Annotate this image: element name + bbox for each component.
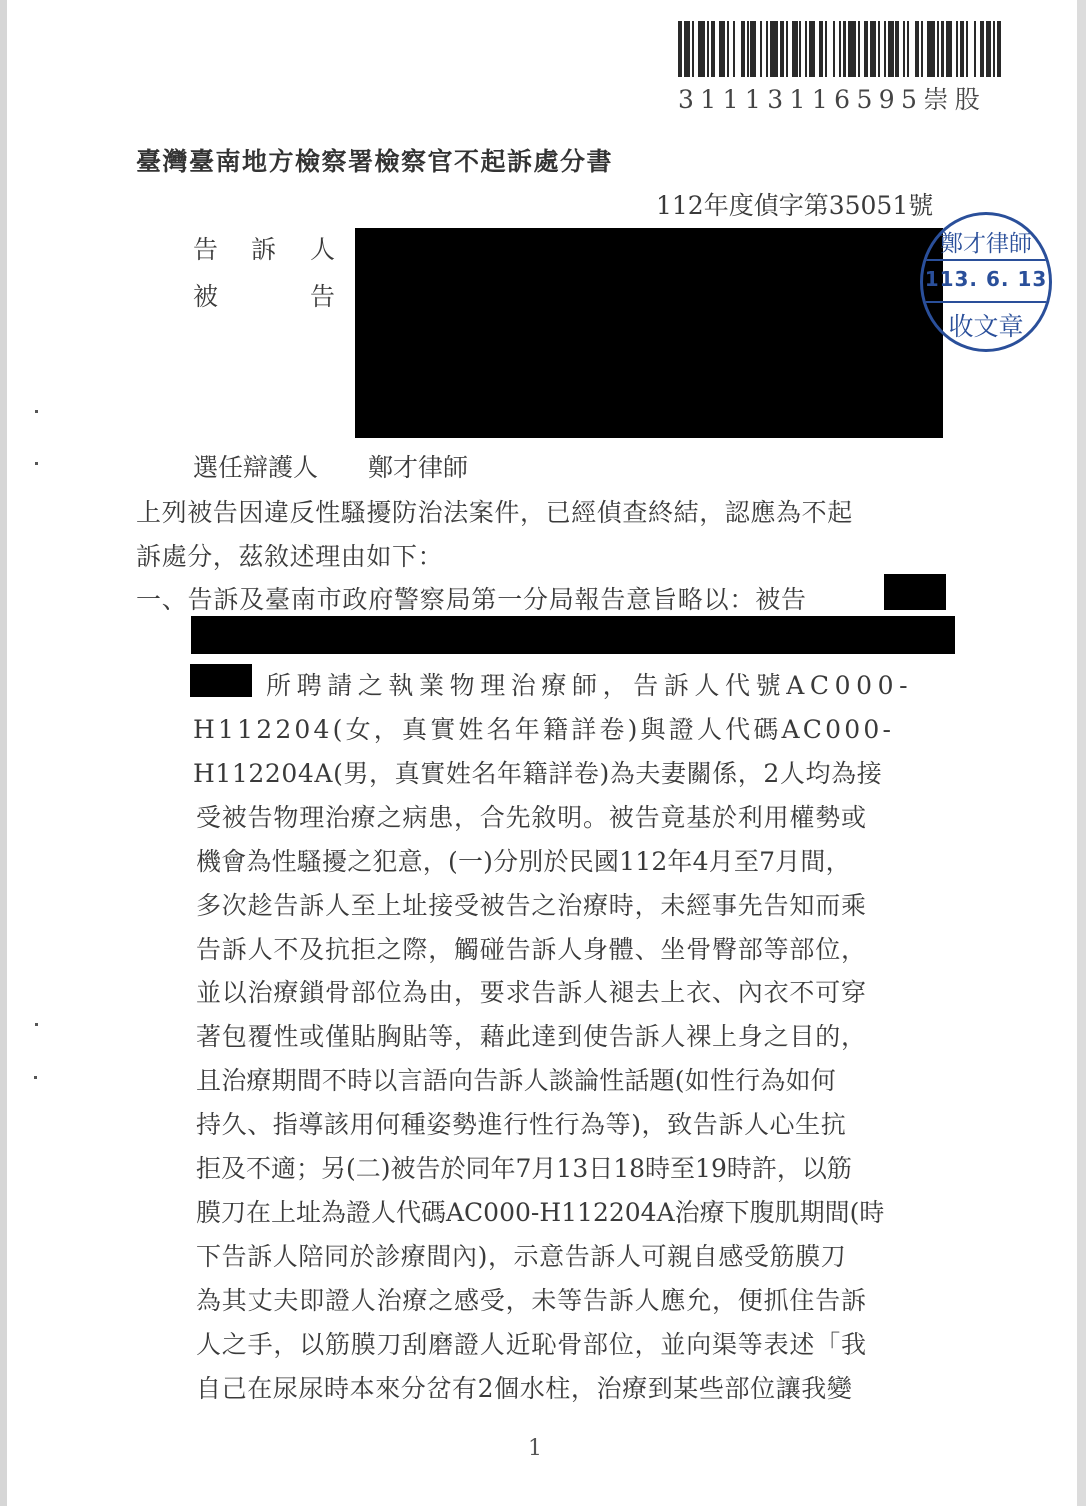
body-line: 自己在尿尿時本來分岔有2個水柱，治療到某些部位讓我變 [196,1369,853,1405]
body-line: H112204A(男，真實姓名年籍詳卷)為夫妻關係，2人均為接 [193,754,882,790]
redaction-address-line [191,616,955,654]
body-line: 且治療期間不時以言語向告訴人談論性話題(如性行為如何 [196,1061,836,1097]
barcode-bar [848,21,856,77]
body-line: 膜刀在上址為證人代碼AC000-H112204A治療下腹肌期間(時 [196,1193,884,1229]
section-one-heading: 一、告訴及臺南市政府警察局第一分局報告意旨略以：被告 [136,580,807,616]
stamp-name: 鄭才律師 [923,225,1049,258]
body-line: 著包覆性或僅貼胸貼等，藉此達到使告訴人裸上身之目的， [196,1017,867,1053]
body-line: 告訴人不及抗拒之際，觸碰告訴人身體、坐骨臀部等部位， [196,930,867,966]
body-line: 為其丈夫即證人治療之感受，未等告訴人應允，便抓住告訴 [196,1281,867,1317]
label-char: 告 [310,277,335,313]
body-line: 人之手，以筋膜刀刮磨證人近恥骨部位，並向渠等表述「我 [196,1325,867,1361]
defense-counsel-label: 選任辯護人 [193,448,318,484]
body-line: 所聘請之執業物理治療師，告訴人代號AC000- [266,666,913,702]
body-line: 下告訴人陪同於診療間內)，示意告訴人可親自感受筋膜刀 [196,1237,846,1273]
scan-speck [35,462,38,465]
redaction-parties-block [355,228,943,438]
barcode-number: 31113116595崇股 [678,80,986,116]
body-line: 持久、指導該用何種姿勢進行性行為等)，致告訴人心生抗 [196,1105,846,1141]
label-char: 訴 [251,230,276,266]
stamp-divider [923,301,1049,303]
received-stamp: 鄭才律師 113. 6. 13 收文章 [920,212,1052,352]
scan-speck [35,410,38,413]
redaction-clinic-name [190,664,252,697]
intro-line: 訴處分，茲敘述理由如下： [136,537,443,573]
stamp-label: 收文章 [923,307,1049,343]
barcode-bar [698,21,706,77]
body-line: 機會為性騷擾之犯意，(一)分別於民國112年4月至7月間， [196,842,851,878]
scan-edge-right [1077,0,1086,1506]
intro-line: 上列被告因違反性騷擾防治法案件，已經偵查終結，認應為不起 [136,493,853,529]
scan-edge-left [0,0,7,1506]
label-char: 被 [193,277,218,313]
barcode-bar [770,21,778,77]
barcode-bar [1001,21,1005,77]
document-title: 臺灣臺南地方檢察署檢察官不起訴處分書 [136,142,613,178]
stamp-date: 113. 6. 13 [923,267,1049,291]
body-line: H112204(女，真實姓名年籍詳卷)與證人代碼AC000- [193,710,894,746]
barcode [678,21,1006,77]
barcode-bar [927,21,935,77]
page-number: 1 [528,1436,542,1461]
defense-counsel-name: 鄭才律師 [368,448,468,484]
scan-speck [34,1076,37,1079]
body-line: 並以治療鎖骨部位為由，要求告訴人褪去上衣、內衣不可穿 [196,973,867,1009]
label-char: 告 [193,230,218,266]
body-line: 受被告物理治療之病患，合先敘明。被告竟基於利用權勢或 [196,798,867,834]
body-line: 多次趁告訴人至上址接受被告之治療時，未經事先告知而乘 [196,886,867,922]
stamp-divider [923,259,1049,261]
body-line: 拒及不適；另(二)被告於同年7月13日18時至19時許，以筋 [196,1149,852,1185]
scan-speck [35,1023,38,1026]
case-number: 112年度偵字第35051號 [656,186,933,222]
redaction-defendant-name [884,574,946,610]
label-char: 人 [310,230,335,266]
